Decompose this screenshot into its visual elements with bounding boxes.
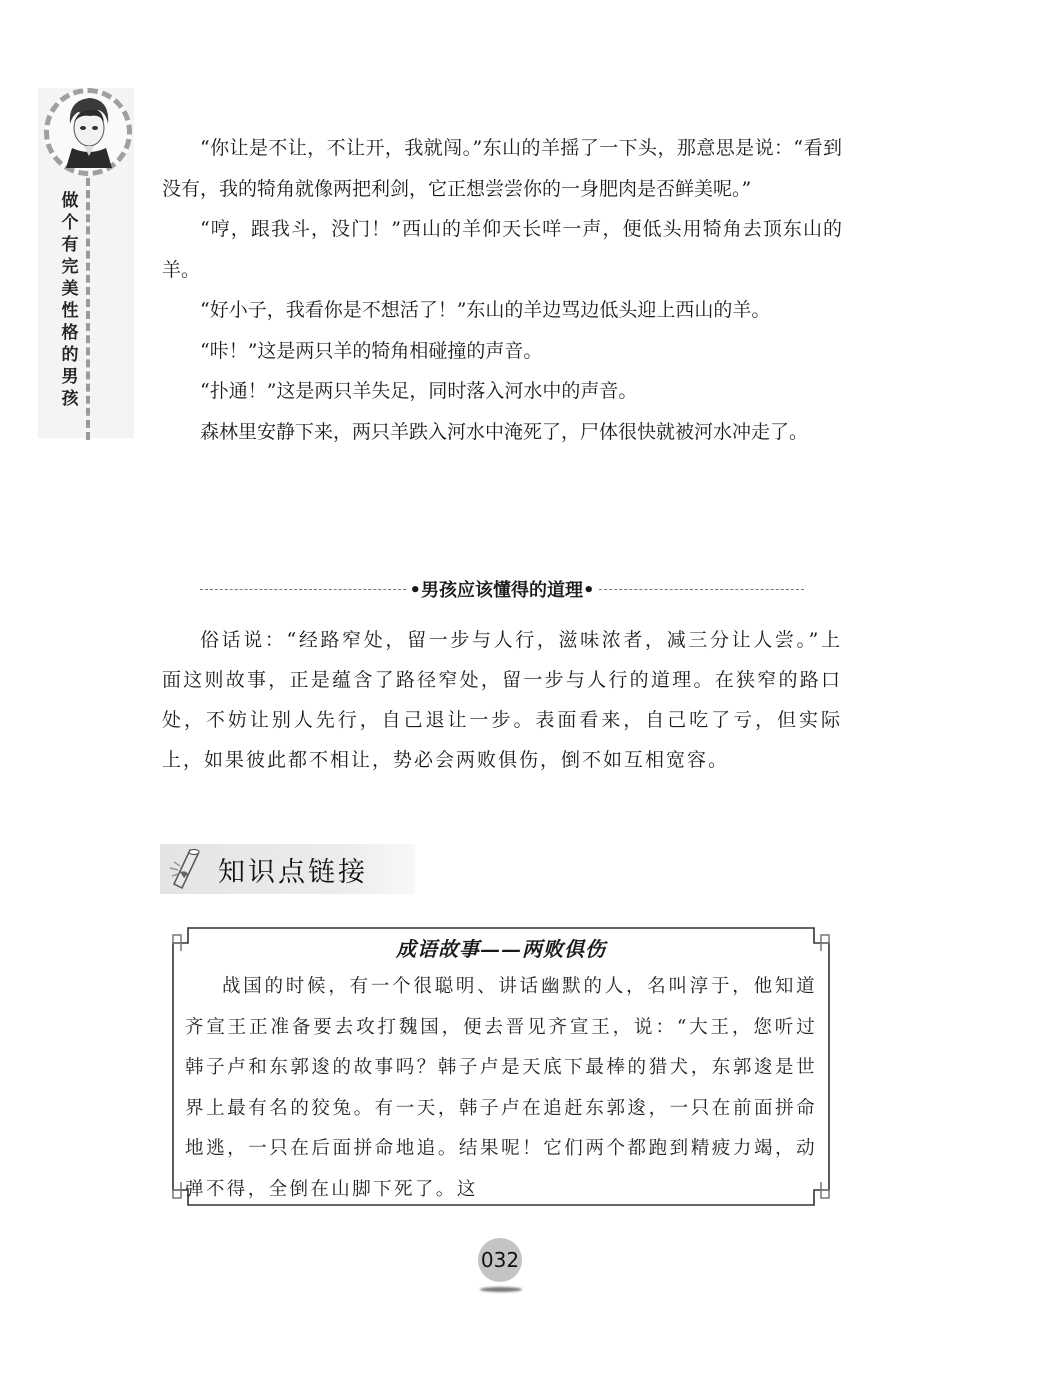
moral-title: •男孩应该懂得的道理• [406, 576, 599, 602]
boy-avatar-icon [60, 94, 116, 168]
idiom-title: 成语故事——两败俱伤 [163, 933, 839, 962]
sidebar-title-char: 的 [56, 344, 84, 366]
moral-section-heading: •男孩应该懂得的道理• [200, 574, 804, 604]
sidebar-title-char: 完 [56, 256, 84, 278]
idiom-text: 战国的时候，有一个很聪明、讲话幽默的人，名叫淳于，他知道齐宣王正准备要去攻打魏国… [185, 967, 817, 1210]
sidebar-title-char: 孩 [56, 388, 84, 410]
knowledge-banner: 知识点链接 [160, 844, 415, 894]
story-text: “你让是不让，不让开，我就闯。”东山的羊摇了一下头，那意思是说：“看到没有，我的… [162, 128, 842, 452]
page-number-shadow [480, 1287, 522, 1292]
story-paragraph: “好小子，我看你是不想活了！”东山的羊边骂边低头迎上西山的羊。 [162, 290, 842, 331]
moral-paragraph: 俗话说：“经路窄处，留一步与人行，滋味浓者，减三分让人尝。”上面这则故事，正是蕴… [162, 620, 842, 780]
story-paragraph: “咔！”这是两只羊的犄角相碰撞的声音。 [162, 331, 842, 372]
dotted-divider [200, 589, 406, 590]
story-paragraph: “扑通！”这是两只羊失足，同时落入河水中的声音。 [162, 371, 842, 412]
idiom-paragraph: 战国的时候，有一个很聪明、讲话幽默的人，名叫淳于，他知道齐宣王正准备要去攻打魏国… [185, 967, 817, 1210]
sidebar-title-char: 做 [56, 190, 84, 212]
sidebar-title-char: 性 [56, 300, 84, 322]
sidebar-dashed-line [86, 178, 90, 440]
moral-text: 俗话说：“经路窄处，留一步与人行，滋味浓者，减三分让人尝。”上面这则故事，正是蕴… [162, 620, 842, 780]
sidebar-title-char: 个 [56, 212, 84, 234]
story-paragraph: “你让是不让，不让开，我就闯。”东山的羊摇了一下头，那意思是说：“看到没有，我的… [162, 128, 842, 209]
scroll-icon [168, 848, 206, 892]
sidebar-title-char: 男 [56, 366, 84, 388]
story-paragraph: 森林里安静下来，两只羊跌入河水中淹死了，尸体很快就被河水冲走了。 [162, 412, 842, 453]
sidebar-title-char: 格 [56, 322, 84, 344]
dotted-divider [599, 589, 805, 590]
idiom-story-box: 成语故事——两败俱伤 战国的时候，有一个很聪明、讲话幽默的人，名叫淳于，他知道齐… [163, 925, 839, 1208]
knowledge-title: 知识点链接 [218, 850, 368, 889]
sidebar-title-char: 有 [56, 234, 84, 256]
sidebar-title-char: 美 [56, 278, 84, 300]
page-number: 032 [478, 1238, 522, 1282]
sidebar-title: 做 个 有 完 美 性 格 的 男 孩 [56, 190, 84, 410]
story-paragraph: “哼，跟我斗，没门！”西山的羊仰天长咩一声，便低头用犄角去顶东山的羊。 [162, 209, 842, 290]
